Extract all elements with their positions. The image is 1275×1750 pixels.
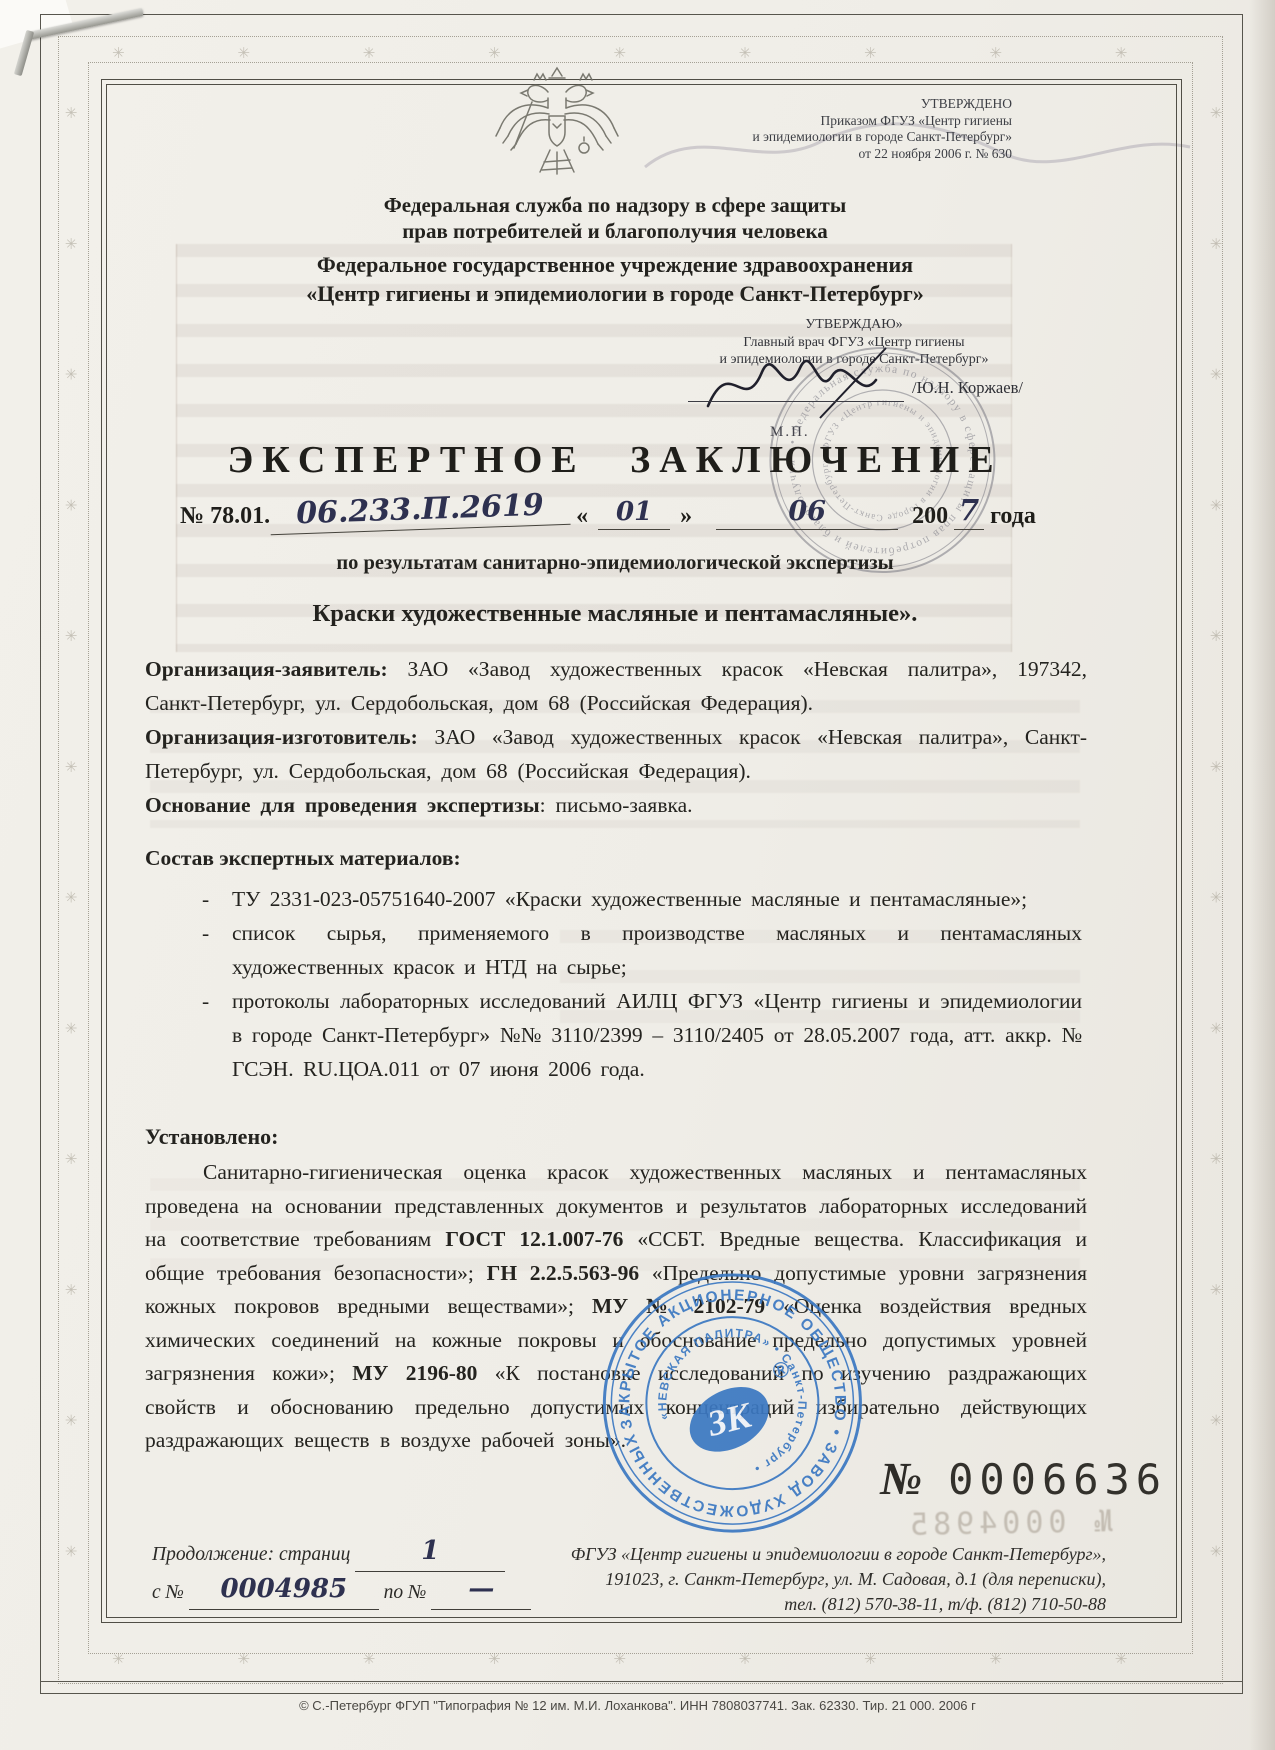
border-rosette-strip-left: ✳ ✳ ✳ ✳ ✳ ✳ ✳ ✳ ✳ ✳ ✳ ✳ ✳ ✳ ✳ ✳ ✳ ✳ ✳ ✳ …	[58, 104, 78, 1618]
signatory-name: /Ю.Н. Коржаев/	[912, 378, 1023, 398]
to-number-handwritten: —	[468, 1574, 494, 1604]
institution-line2: «Центр гигиены и эпидемиологии в городе …	[145, 279, 1085, 308]
form-number-stamp: № 0006636	[880, 1452, 1167, 1505]
to-label: по №	[384, 1582, 427, 1603]
manufacturer-label: Организация-изготовитель:	[145, 725, 418, 749]
organizations-block: Организация-заявитель: ЗАО «Завод художе…	[145, 652, 1087, 822]
approval-line: и эпидемиологии в городе Санкт-Петербург…	[620, 129, 1012, 146]
border-rosette-strip-bottom: ✳ ✳ ✳ ✳ ✳ ✳ ✳ ✳ ✳ ✳ ✳ ✳ ✳ ✳ ✳ ✳	[112, 1652, 1171, 1672]
double-headed-eagle-emblem-icon	[492, 64, 622, 209]
manufacturer-paragraph: Организация-изготовитель: ЗАО «Завод худ…	[145, 720, 1087, 788]
border-rosette-strip-right: ✳ ✳ ✳ ✳ ✳ ✳ ✳ ✳ ✳ ✳ ✳ ✳ ✳ ✳ ✳ ✳ ✳ ✳ ✳ ✳ …	[1203, 104, 1223, 1618]
applicant-paragraph: Организация-заявитель: ЗАО «Завод художе…	[145, 652, 1087, 720]
document-title: ЭКСПЕРТНОЕ ЗАКЛЮЧЕНИЕ	[145, 438, 1085, 482]
printing-house-imprint: © С.-Петербург ФГУП "Типография № 12 им.…	[0, 1698, 1275, 1713]
contact-line: тел. (812) 570-38-11, т/ф. (812) 710-50-…	[520, 1592, 1106, 1617]
materials-item-text: список сырья, применяемого в производств…	[232, 921, 1082, 979]
basis-text: : письмо-заявка.	[540, 793, 693, 817]
materials-item: -протоколы лабораторных исследований АИЛ…	[196, 984, 1082, 1086]
pages-handwritten: 1	[421, 1536, 439, 1566]
basis-label: Основание для проведения экспертизы	[145, 793, 540, 817]
year-word: года	[990, 503, 1036, 530]
materials-heading: Состав экспертных материалов:	[145, 846, 461, 871]
approval-line: от 22 ноября 2006 г. № 630	[620, 146, 1012, 163]
approval-order-block: УТВЕРЖДЕНО Приказом ФГУЗ «Центр гигиены …	[620, 96, 1012, 162]
contact-line: 191023, г. Санкт-Петербург, ул. М. Садов…	[520, 1567, 1106, 1592]
institution-line1: Федеральное государственное учреждение з…	[145, 250, 1085, 279]
materials-item-text: ТУ 2331-023-05751640-2007 «Краски художе…	[232, 887, 1027, 911]
form-number-digits: 0006636	[948, 1455, 1167, 1504]
continuation-label: Продолжение: страниц	[152, 1544, 350, 1565]
approval-line: Приказом ФГУЗ «Центр гигиены	[620, 113, 1012, 130]
year-printed: 200	[912, 503, 948, 530]
service-line1: Федеральная служба по надзору в сфере за…	[145, 192, 1085, 218]
day-handwritten: 01	[598, 497, 670, 530]
issuer-contact-block: ФГУЗ «Центр гигиены и эпидемиологии в го…	[520, 1542, 1106, 1617]
list-dash-marker: -	[202, 916, 209, 950]
document-subtitle: по результатам санитарно-эпидемиологичес…	[145, 552, 1085, 575]
materials-item: -список сырья, применяемого в производст…	[196, 916, 1082, 984]
year-handwritten: 7	[954, 493, 984, 530]
document-number-row: № 78.01. 06.233.П.2619 « 01 » 06 200 7 г…	[180, 492, 1058, 530]
established-standard: МУ 2196-80	[352, 1361, 477, 1385]
certificate-page: ✳ ✳ ✳ ✳ ✳ ✳ ✳ ✳ ✳ ✳ ✳ ✳ ✳ ✳ ✳ ✳ ✳ ✳ ✳ ✳ …	[0, 0, 1275, 1750]
quote-open: «	[570, 503, 594, 530]
scan-edge-shading	[1249, 0, 1275, 1750]
basis-paragraph: Основание для проведения экспертизы: пис…	[145, 788, 1087, 822]
materials-item-text: протоколы лабораторных исследований АИЛЦ…	[232, 989, 1082, 1081]
signature-rule	[688, 401, 904, 402]
border-bottom-rule	[40, 1681, 1243, 1682]
materials-list: -ТУ 2331-023-05751640-2007 «Краски худож…	[196, 882, 1082, 1086]
materials-item: -ТУ 2331-023-05751640-2007 «Краски худож…	[196, 882, 1082, 916]
product-subject-title: Краски художественные масляные и пентама…	[145, 600, 1085, 628]
month-handwritten: 06	[716, 496, 898, 530]
applicant-label: Организация-заявитель:	[145, 657, 388, 681]
bleedthrough-form-number: № 0004985	[905, 1504, 1113, 1543]
director-signature	[700, 346, 910, 420]
form-number-label: №	[880, 1452, 922, 1505]
contact-line: ФГУЗ «Центр гигиены и эпидемиологии в го…	[520, 1542, 1106, 1567]
institution-name: Федеральное государственное учреждение з…	[145, 250, 1085, 308]
quote-close: »	[674, 503, 698, 530]
established-standard: ГОСТ 12.1.007-76	[445, 1227, 623, 1251]
from-number-handwritten: 0004985	[220, 1574, 347, 1604]
approval-line: УТВЕРЖДЕНО	[620, 96, 1012, 113]
federal-service-name: Федеральная служба по надзору в сфере за…	[145, 192, 1085, 244]
established-heading: Установлено:	[145, 1124, 278, 1150]
list-dash-marker: -	[202, 984, 209, 1018]
approve-line: УТВЕРЖДАЮ»	[686, 316, 1022, 334]
list-dash-marker: -	[202, 882, 209, 916]
number-handwritten: 06.233.П.2619	[270, 487, 571, 535]
number-prefix: № 78.01.	[180, 503, 270, 530]
established-standard: ГН 2.2.5.563-96	[487, 1261, 639, 1285]
from-label: с №	[152, 1582, 184, 1603]
border-rosette-strip-top: ✳ ✳ ✳ ✳ ✳ ✳ ✳ ✳ ✳ ✳ ✳ ✳ ✳ ✳ ✳ ✳	[112, 46, 1171, 66]
service-line2: прав потребителей и благополучия человек…	[145, 218, 1085, 244]
